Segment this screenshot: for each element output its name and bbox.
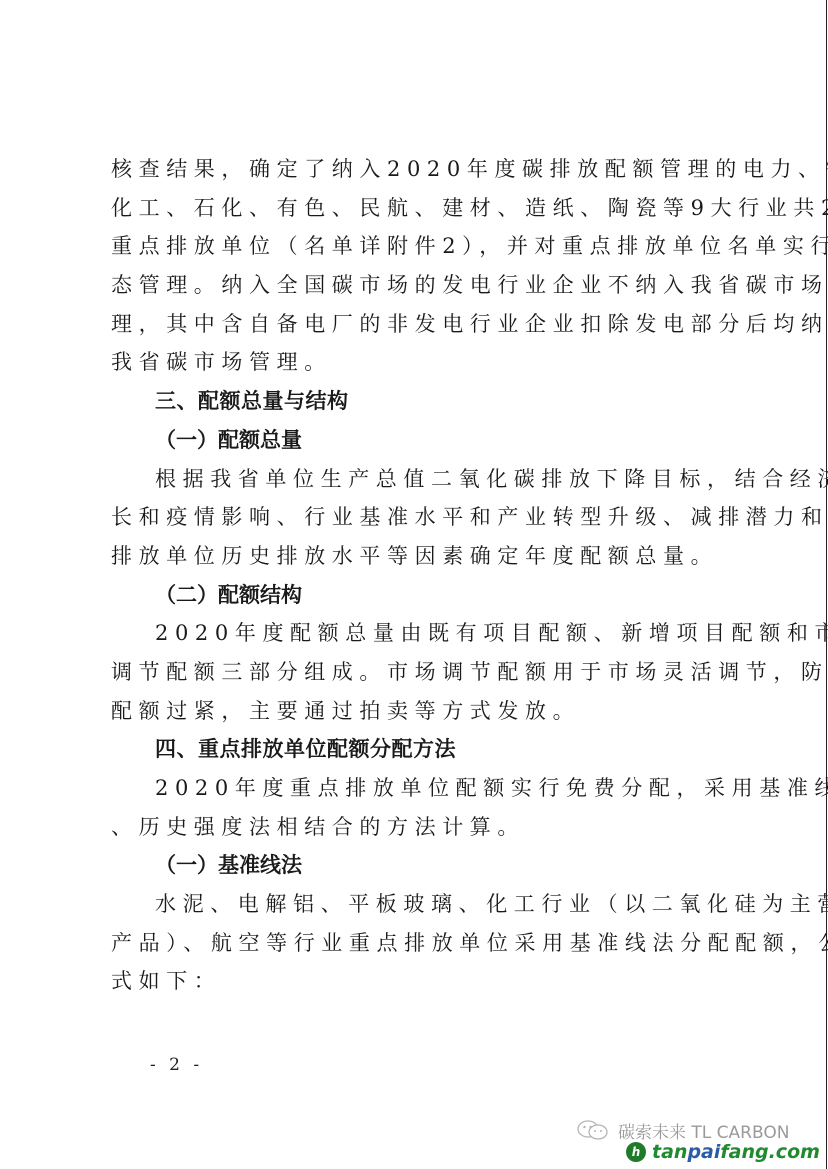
- body-line: 我省碳市场管理。: [111, 343, 731, 382]
- site-part-fang: fang.com: [720, 1141, 820, 1163]
- tanpaifang-logo-icon: h: [626, 1142, 646, 1162]
- body-line: 理，其中含自备电厂的非发电行业企业扣除发电部分后均纳入: [111, 305, 731, 344]
- body-line: 根据我省单位生产总值二氧化碳排放下降目标，结合经济增: [111, 460, 731, 499]
- subheading-quota-total: （一）配额总量: [111, 421, 731, 460]
- body-line: 重点排放单位（名单详附件2），并对重点排放单位名单实行动: [111, 227, 731, 266]
- section-heading-3: 三、配额总量与结构: [111, 382, 731, 421]
- document-body: 核查结果，确定了纳入2020年度碳排放配额管理的电力、钢铁、 化工、石化、有色、…: [111, 150, 731, 1001]
- body-line: 2020年度配额总量由既有项目配额、新增项目配额和市场: [111, 614, 731, 653]
- body-line: 长和疫情影响、行业基准水平和产业转型升级、减排潜力和重点: [111, 498, 731, 537]
- body-line: 2020年度重点排放单位配额实行免费分配，采用基准线法: [111, 769, 731, 808]
- watermark-site-row: h tanpaifang.com: [626, 1139, 820, 1165]
- body-line: 调节配额三部分组成。市场调节配额用于市场灵活调节，防止: [111, 653, 731, 692]
- site-part-tan: tan: [652, 1141, 687, 1163]
- body-line: 、历史强度法相结合的方法计算。: [111, 808, 731, 847]
- subheading-baseline-method: （一）基准线法: [111, 846, 731, 885]
- watermark: 碳索未来 TL CARBON h tanpaifang.com: [576, 1118, 826, 1166]
- body-line: 式如下：: [111, 962, 731, 1001]
- section-heading-4: 四、重点排放单位配额分配方法: [111, 730, 731, 769]
- body-line: 配额过紧，主要通过拍卖等方式发放。: [111, 692, 731, 731]
- wechat-icon: [576, 1119, 610, 1141]
- body-line: 化工、石化、有色、民航、建材、造纸、陶瓷等9大行业共284家: [111, 189, 731, 228]
- body-line: 核查结果，确定了纳入2020年度碳排放配额管理的电力、钢铁、: [111, 150, 731, 189]
- subheading-quota-structure: （二）配额结构: [111, 576, 731, 615]
- page-number: - 2 -: [150, 1055, 203, 1075]
- body-line: 排放单位历史排放水平等因素确定年度配额总量。: [111, 537, 731, 576]
- body-line: 态管理。纳入全国碳市场的发电行业企业不纳入我省碳市场管: [111, 266, 731, 305]
- body-line: 水泥、电解铝、平板玻璃、化工行业（以二氧化硅为主营: [111, 885, 731, 924]
- site-part-pai: pai: [687, 1141, 720, 1163]
- body-line: 产品）、航空等行业重点排放单位采用基准线法分配配额，公: [111, 924, 731, 963]
